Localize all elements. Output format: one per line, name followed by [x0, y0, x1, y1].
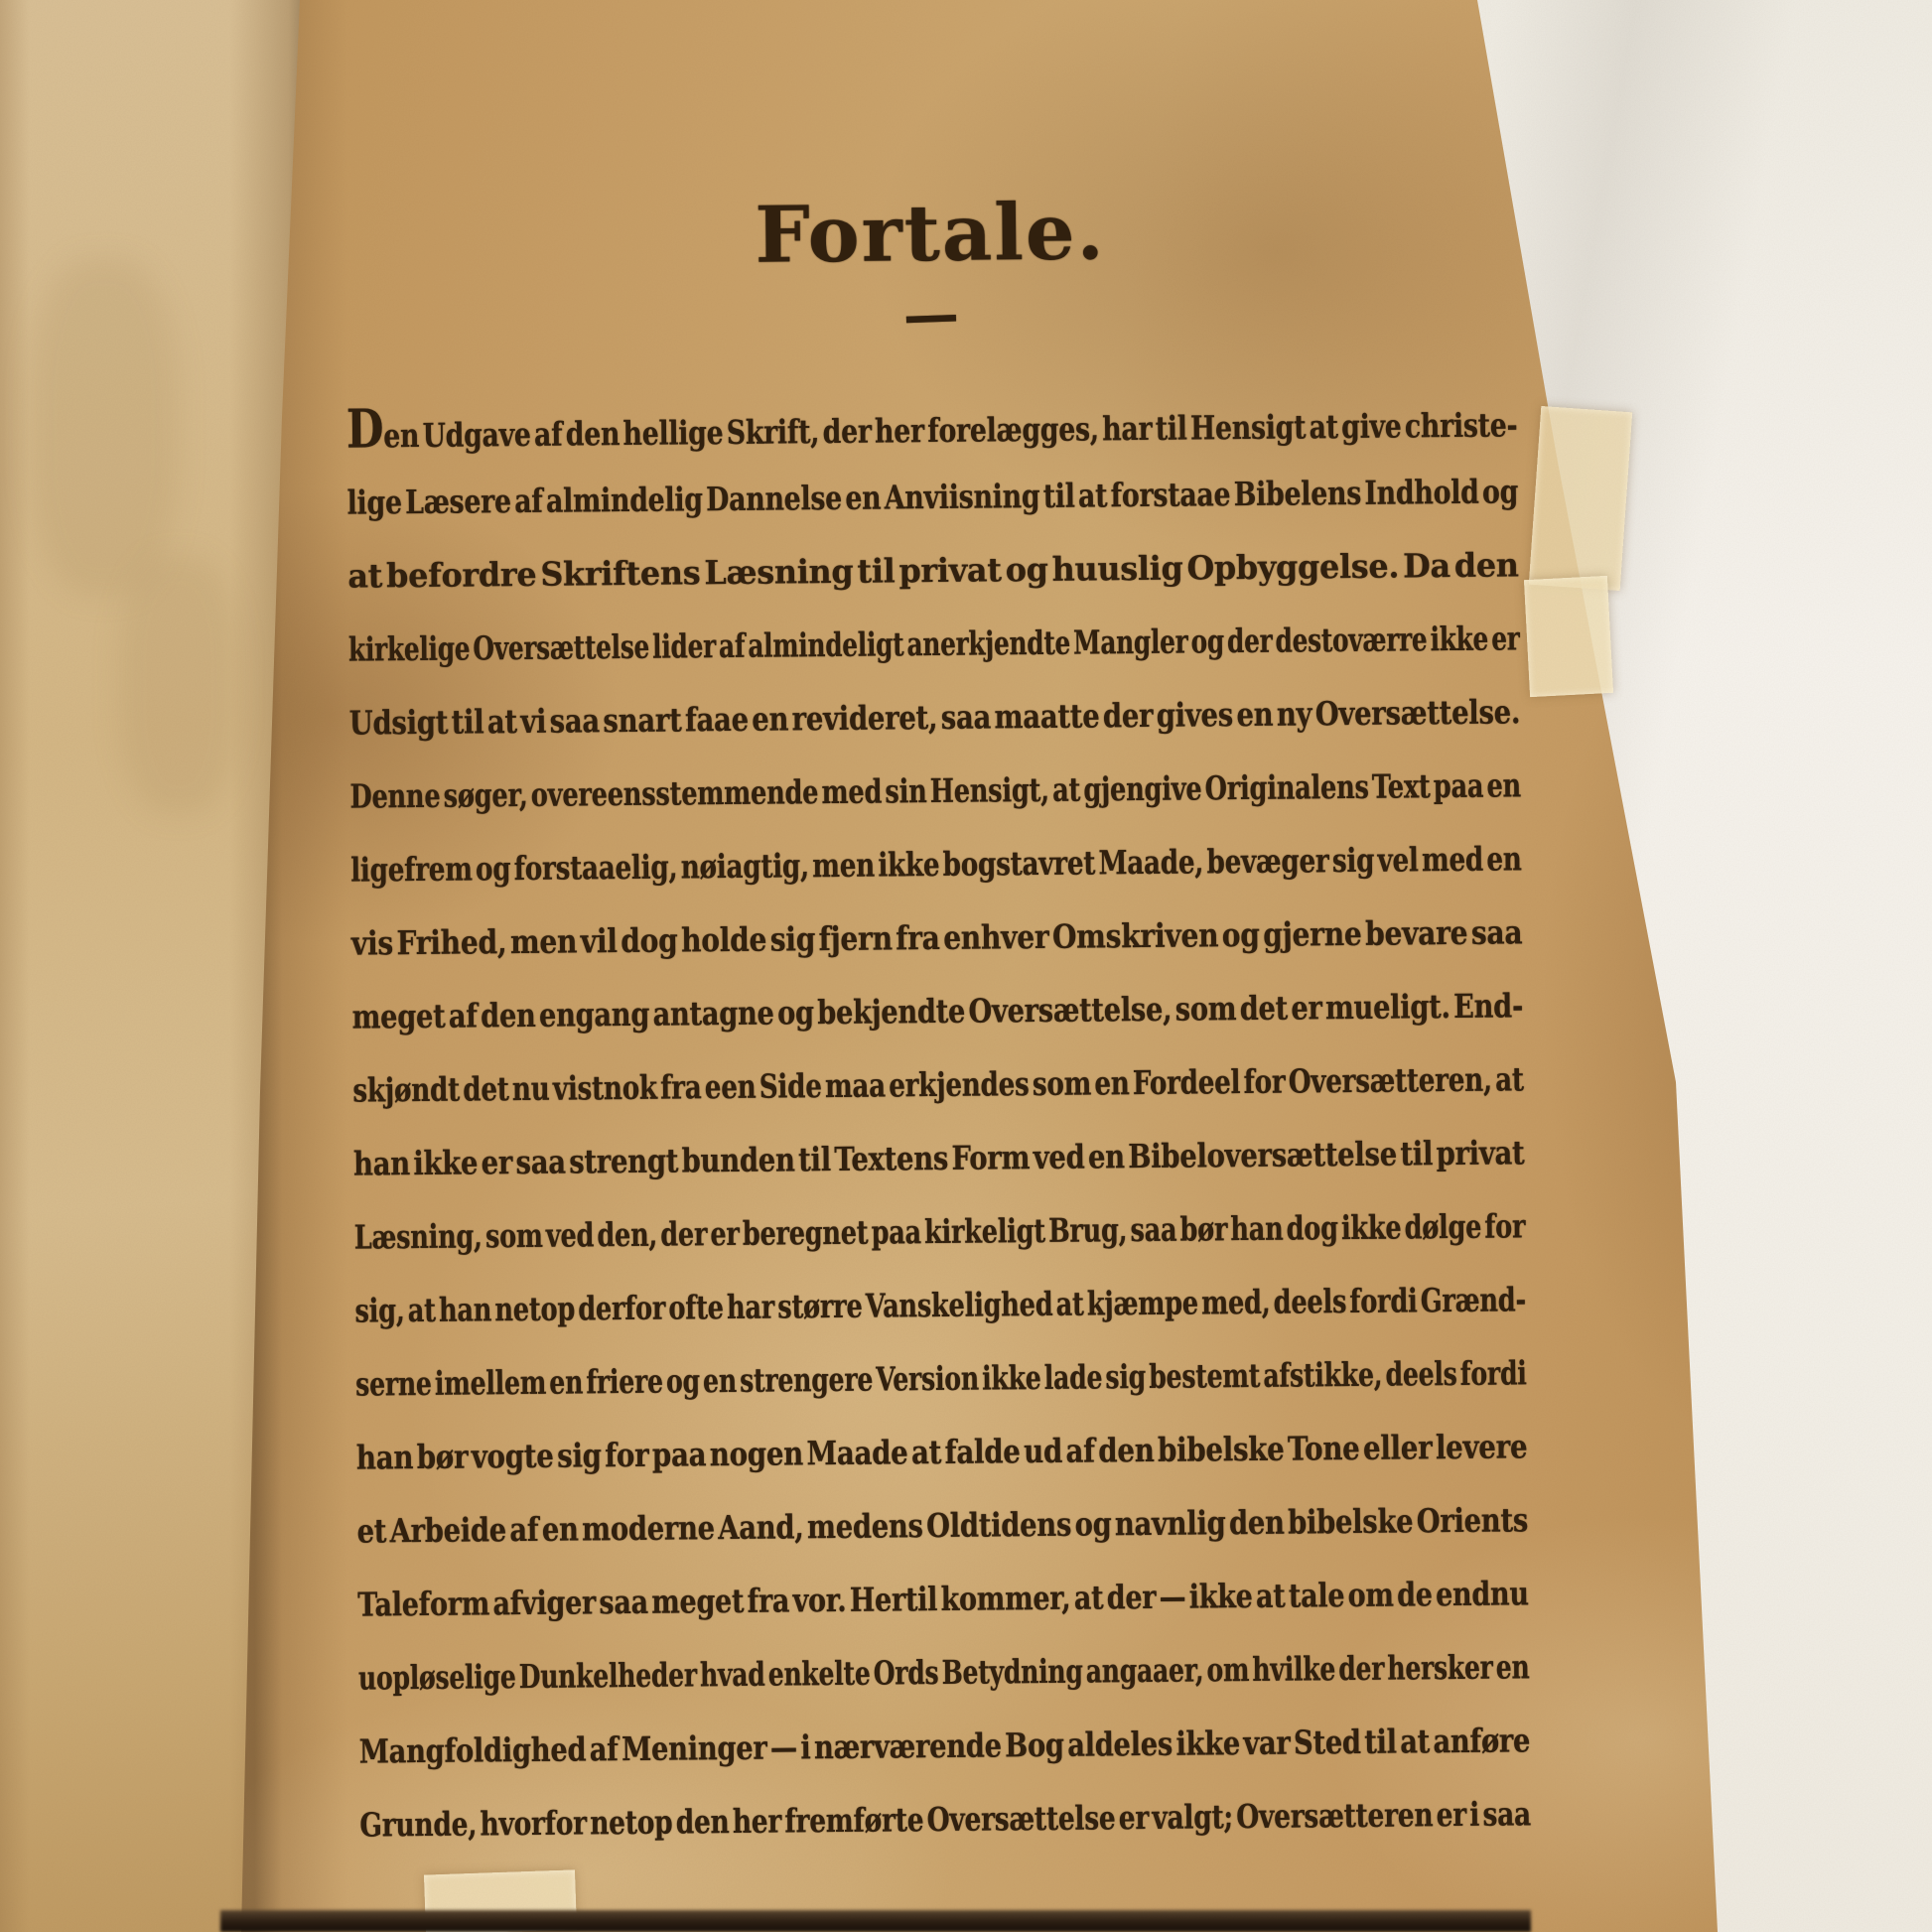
text-line: Grunde, hvorfor netop den her fremførte …	[359, 1777, 1532, 1862]
text-line: Den Udgave af den hellige Skrift, der he…	[346, 381, 1519, 466]
tape-residue	[1529, 406, 1632, 591]
body-text: Den Udgave af den hellige Skrift, der he…	[346, 381, 1532, 1862]
text-line: han ikke er saa strengt bunden til Texte…	[353, 1116, 1526, 1200]
text-line: serne imellem en friere og en strengere …	[355, 1336, 1528, 1421]
printed-content: Fortale. — Den Udgave af den hellige Skr…	[343, 0, 1532, 1863]
text-line: uopløselige Dunkelheder hvad enkelte Ord…	[358, 1630, 1531, 1715]
book-photo: Fortale. — Den Udgave af den hellige Skr…	[0, 0, 1932, 1932]
text-line: meget af den engang antagne og bekjendte…	[351, 969, 1524, 1053]
text-line: Læsning, som ved den, der er beregnet pa…	[353, 1189, 1526, 1274]
text-line: ligefrem og forstaaelig, nøiagtig, men i…	[350, 822, 1523, 906]
text-line: at befordre Skriftens Læsning til privat…	[347, 528, 1520, 613]
text-line: Taleform afviger saa meget fra vor. Hert…	[357, 1557, 1530, 1641]
text-line: lige Læsere af almindelig Dannelse en An…	[346, 455, 1519, 539]
text-line: kirkelige Oversættelse lider af almindel…	[348, 602, 1521, 686]
text-line: sig, at han netop derfor ofte har større…	[354, 1263, 1527, 1347]
text-line: Udsigt til at vi saa snart faae en revid…	[348, 675, 1521, 759]
text-line: et Arbeide af en moderne Aand, medens Ol…	[356, 1483, 1529, 1568]
show-through-stain	[119, 556, 238, 814]
text-line: skjøndt det nu vistnok fra een Side maa …	[352, 1042, 1525, 1127]
book-board-edge	[220, 1910, 1531, 1932]
show-through-stain	[30, 258, 179, 596]
title-divider-rule: —	[345, 277, 1518, 358]
text-line: Mangfoldighed af Meninger — i nærværende…	[358, 1704, 1531, 1788]
text-line: vis Frihed, men vil dog holde sig fjern …	[351, 896, 1524, 980]
tape-residue	[1524, 576, 1613, 697]
text-line: Denne søger, overeensstemmende med sin H…	[349, 749, 1522, 833]
text-line: han bør vogte sig for paa nogen Maade at…	[356, 1410, 1529, 1494]
page-title: Fortale.	[345, 183, 1517, 285]
